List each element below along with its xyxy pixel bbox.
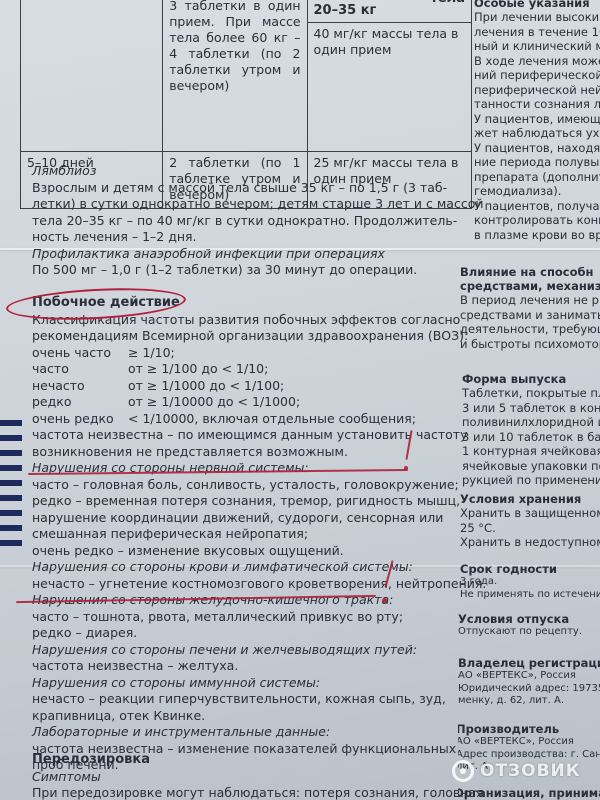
frequency-list: очень часто≥ 1/10;частоот ≥ 1/100 до < 1… <box>32 345 452 428</box>
frequency-value: ≥ 1/10; <box>128 345 175 362</box>
frequency-value: от ≥ 1/10000 до < 1/1000; <box>128 394 300 411</box>
frequency-row: очень редко< 1/10000, включая отдельные … <box>32 411 452 428</box>
group-line: нечасто – реакции гиперчувствительности,… <box>32 691 452 708</box>
section-subtitle: Симптомы <box>32 769 452 786</box>
section-subtitle: Профилактика анаэробной инфекции при опе… <box>32 246 452 263</box>
text-line: менку, д. 62, лит. А. <box>458 695 600 708</box>
text-line: 1 контурная ячейковая у <box>462 444 600 459</box>
text-line: лечения в течение 10 <box>474 25 600 40</box>
frequency-row: нечастоот ≥ 1/1000 до < 1/100; <box>32 378 452 395</box>
text-line: При лечении высоким <box>474 10 600 25</box>
text-line: Юридический адрес: 197350, <box>458 683 600 696</box>
dispensing-conditions: Условия отпуска Отпускают по рецепту. <box>458 612 582 639</box>
group-line: нечасто – угнетение костномозгового кров… <box>32 576 452 593</box>
group-title: Лабораторные и инструментальные данные: <box>32 724 452 741</box>
otzovik-logo-icon <box>452 760 474 782</box>
group-line: нарушение координации движений, судороги… <box>32 510 452 527</box>
text-line: Отпускают по рецепту. <box>458 626 582 639</box>
marker-exclamation-dot <box>382 598 387 603</box>
group-title: Нарушения со стороны иммунной системы: <box>32 675 452 692</box>
frequency-term: часто <box>32 361 128 378</box>
text-line: У пациентов, находящи <box>474 141 600 156</box>
text-line: Хранить в защищенном от с <box>460 506 600 521</box>
text-line: средствами и заниматься <box>460 308 600 323</box>
text-line: АО «ВЕРТЕКС», Россия <box>458 736 600 749</box>
group-line: редко – диарея. <box>32 625 452 642</box>
edge-print-marks <box>0 420 22 555</box>
group-line: очень редко – изменение вкусовых ощущени… <box>32 543 452 560</box>
frequency-row: частоот ≥ 1/100 до < 1/10; <box>32 361 452 378</box>
text-line: 3 или 10 таблеток в банке <box>462 430 600 445</box>
group-line: редко – временная потеря сознания, тремо… <box>32 493 452 510</box>
text-line: ний периферической н <box>474 68 600 83</box>
text-line: Таблетки, покрытые пленоч <box>462 386 600 401</box>
text-line: рукцией по применению в па <box>462 473 600 488</box>
text-line: АО «ВЕРТЕКС», Россия <box>458 670 600 683</box>
text-line: контролировать концен <box>474 213 600 228</box>
frequency-row: редкоот ≥ 1/10000 до < 1/1000; <box>32 394 452 411</box>
side-effect-groups: Нарушения со стороны нервной системы:час… <box>32 460 452 774</box>
storage-conditions: Условия хранения Хранить в защищенном от… <box>460 492 600 550</box>
group-line: смешанная периферическая нейропатия; <box>32 526 452 543</box>
release-form: Форма выпуска Таблетки, покрытые пленоч3… <box>462 372 600 488</box>
watermark: ОТЗОВИК <box>452 760 581 782</box>
table-row: 3 таблетки в один прием. При массе тела … <box>21 0 472 152</box>
table-header-weight: тела 20–35 кг <box>308 0 471 23</box>
frequency-term: очень часто <box>32 345 128 362</box>
frequency-value: < 1/10000, включая отдельные сообщения; <box>128 411 416 428</box>
text-line: ние периода полувывед <box>474 155 600 170</box>
text-line: 25 °С. <box>460 521 600 536</box>
frequency-term: редко <box>32 394 128 411</box>
text-line: У пациентов, получающ <box>474 199 600 214</box>
text-line: гемодиализа). <box>474 184 600 199</box>
text-line: танности сознания леч <box>474 97 600 112</box>
text-line: ячейковые упаковки по 5 т <box>462 459 600 474</box>
text-line: Не применять по истечении ср <box>460 589 600 602</box>
group-title: Нарушения со стороны печени и желчевывод… <box>32 642 452 659</box>
text-line: жет наблюдаться ухудш <box>474 126 600 141</box>
frequency-term: нечасто <box>32 378 128 395</box>
text-line: препарата (дополните <box>474 170 600 185</box>
registration-holder: Владелец регистрационного АО «ВЕРТЕКС», … <box>458 656 600 708</box>
group-line: частота неизвестна – желтуха. <box>32 658 452 675</box>
text-line: поливинилхлоридной и фол <box>462 415 600 430</box>
text-line: ный и клинический мо <box>474 39 600 54</box>
driving-section: Влияние на способн средствами, механизм … <box>460 265 600 351</box>
leaflet-photo: 3 таблетки в один прием. При массе тела … <box>0 0 600 800</box>
right-column: Особые указания При лечении высокимлечен… <box>458 0 600 800</box>
text-line: В ходе лечения может <box>474 54 600 69</box>
text-line: и быстроты психомоторны <box>460 337 600 352</box>
marker-exclamation-dot <box>404 466 408 470</box>
group-line: крапивница, отек Квинке. <box>32 708 452 725</box>
text-line: периферической нейр <box>474 83 600 98</box>
table-cell-child-dose: тела 20–35 кг 40 мг/кг массы тела в один… <box>307 0 471 152</box>
side-effects-section: Побочное действие Классификация частоты … <box>32 295 452 774</box>
frequency-row: очень часто≥ 1/10; <box>32 345 452 362</box>
section-subtitle: Лямблиоз <box>32 163 452 180</box>
group-line: часто – головная боль, сонливость, устал… <box>32 477 452 494</box>
special-instructions: Особые указания При лечении высокимлечен… <box>474 0 600 242</box>
section-title: Передозировка <box>32 752 452 769</box>
frequency-value: от ≥ 1/1000 до < 1/100; <box>128 378 284 395</box>
table-cell-duration <box>21 0 163 152</box>
giardiasis-section: Лямблиоз Взрослым и детям с массой тела … <box>32 163 452 279</box>
overdose-section: Передозировка Симптомы При передозировке… <box>32 752 452 800</box>
text-line: Хранить в недоступном для д <box>460 535 600 550</box>
frequency-value: от ≥ 1/100 до < 1/10; <box>128 361 268 378</box>
text-line: 3 или 5 таблеток в кон <box>462 401 600 416</box>
organization: Организация, принимающая пр <box>458 786 600 800</box>
group-line: часто – тошнота, рвота, металлический пр… <box>32 609 452 626</box>
shelf-life: Срок годности 3 года.Не применять по ист… <box>460 562 600 601</box>
table-cell-adult-dose: 3 таблетки в один прием. При массе тела … <box>163 0 307 152</box>
text-line: В период лечения не р <box>460 293 600 308</box>
frequency-term: очень редко <box>32 411 128 428</box>
text-line: в плазме крови во врем <box>474 228 600 243</box>
text-line: У пациентов, имеющих <box>474 112 600 127</box>
text-line: 3 года. <box>460 576 600 589</box>
text-line: деятельности, требующи <box>460 322 600 337</box>
